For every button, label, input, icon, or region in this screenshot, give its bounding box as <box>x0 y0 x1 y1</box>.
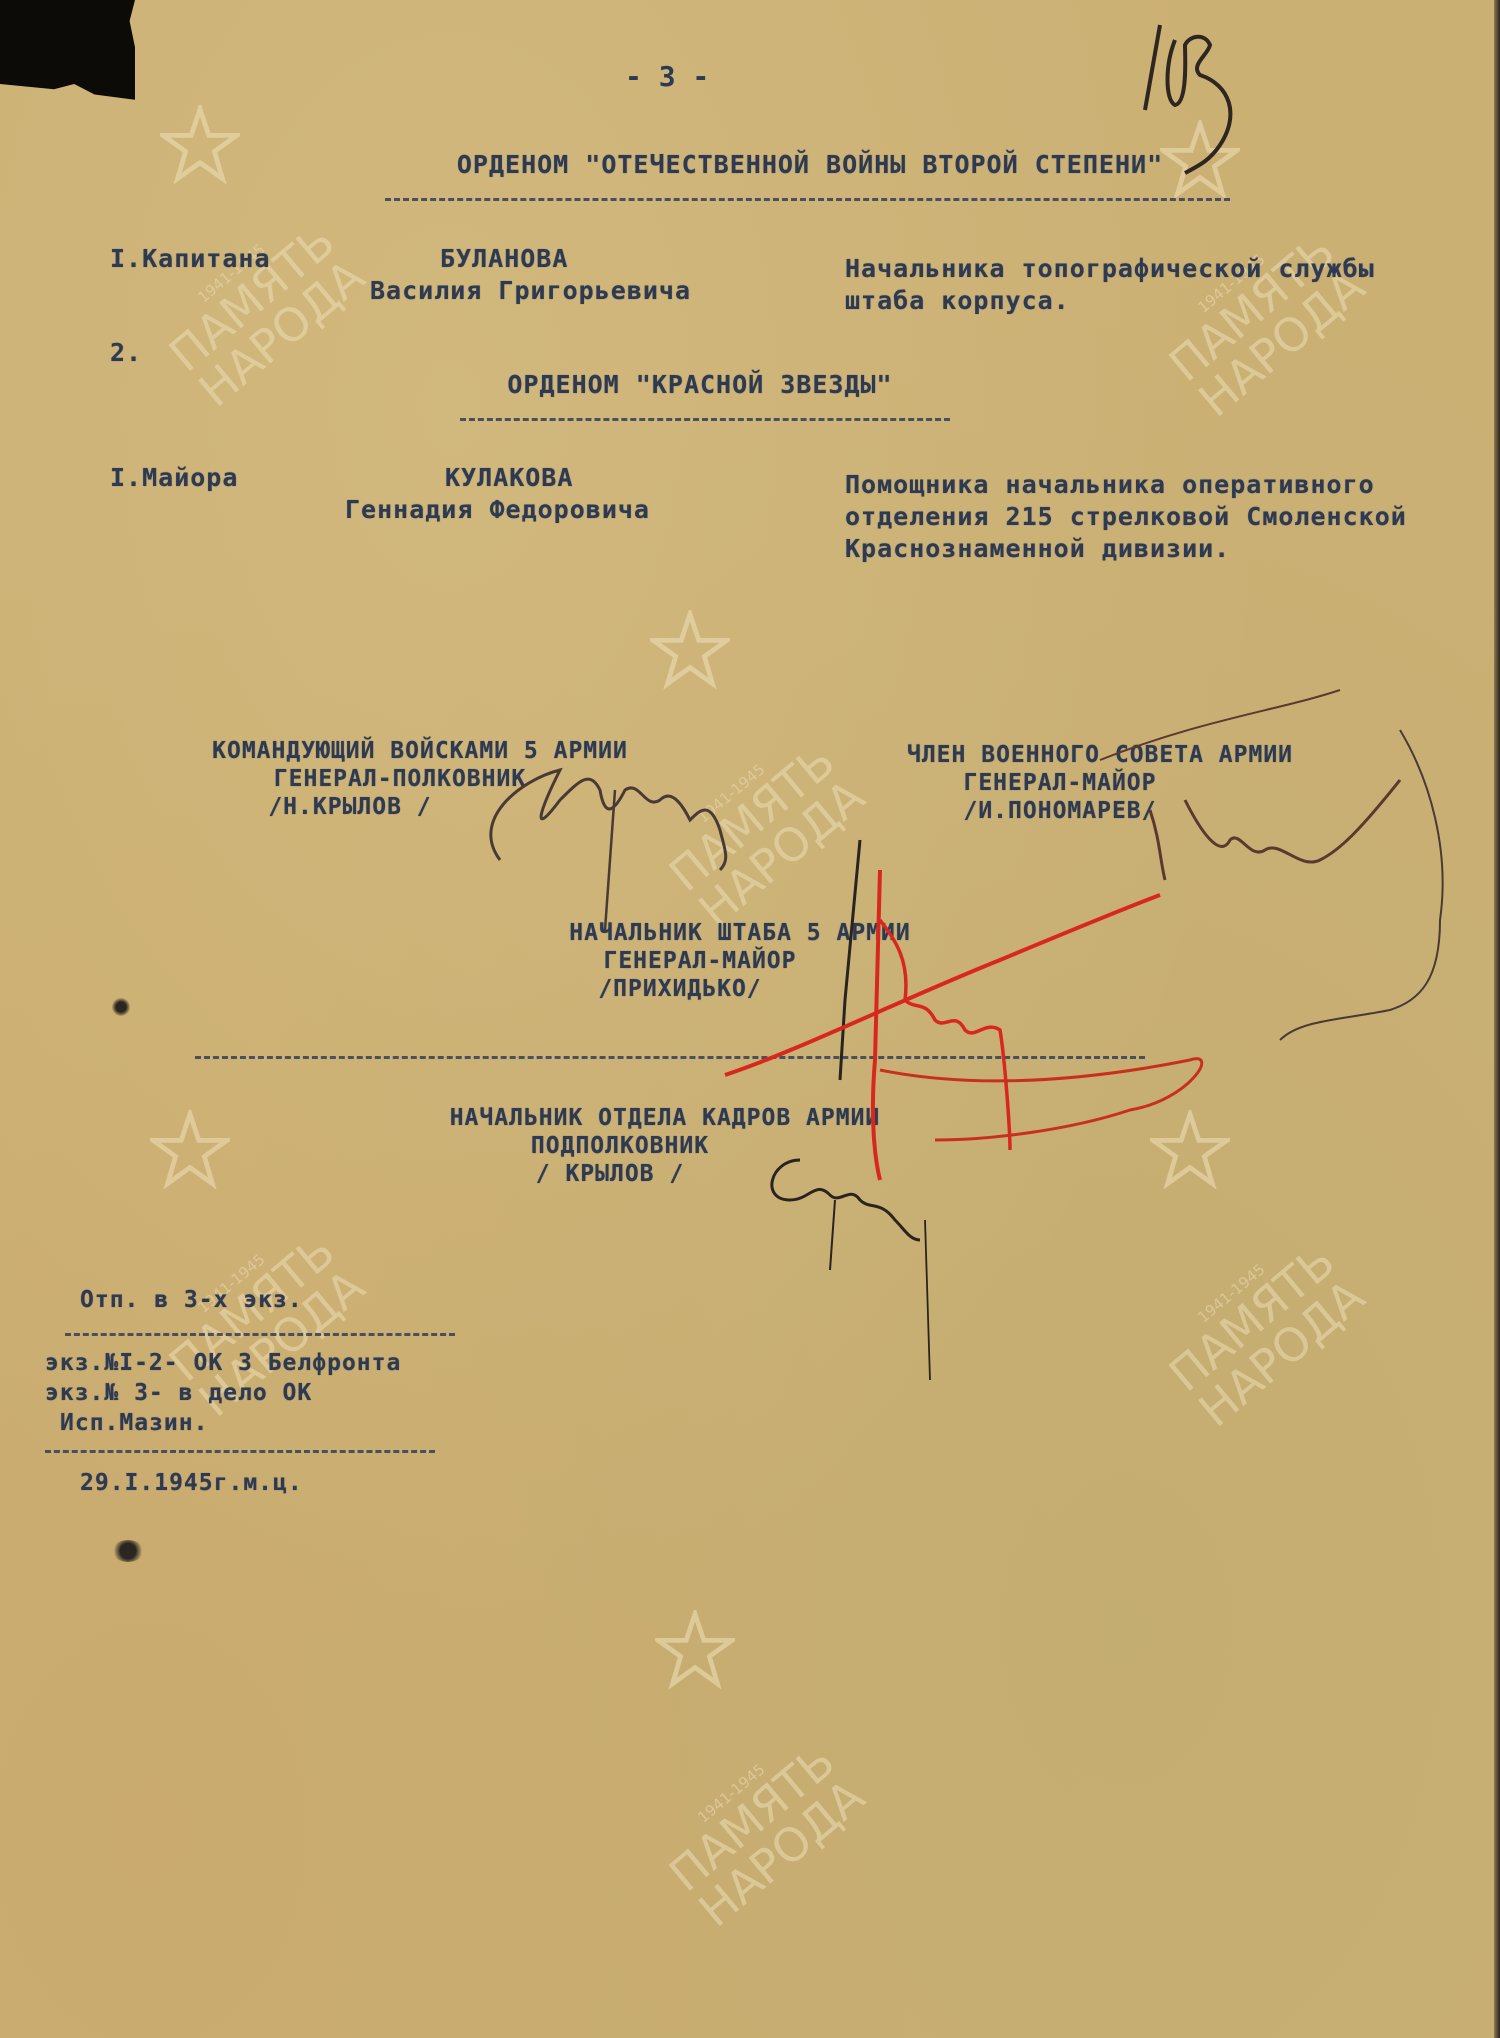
copies-note: Отп. в 3-х экз. <box>80 1285 303 1315</box>
distribution-line-2: экз.№ 3- в дело ОК <box>45 1378 312 1408</box>
footer-divider <box>45 1450 435 1453</box>
footer-divider <box>65 1333 455 1336</box>
punch-hole <box>112 1540 144 1562</box>
executor-note: Исп.Мазин. <box>60 1408 208 1438</box>
punch-hole <box>112 998 130 1016</box>
document-page: 1941-1945ПАМЯТЬНАРОДА 1941-1945ПАМЯТЬНАР… <box>0 0 1500 2038</box>
distribution-line-1: экз.№I-2- ОК 3 Белфронта <box>45 1348 401 1378</box>
document-date: 29.I.1945г.м.ц. <box>80 1468 303 1498</box>
handwritten-signatures <box>0 0 1500 2038</box>
